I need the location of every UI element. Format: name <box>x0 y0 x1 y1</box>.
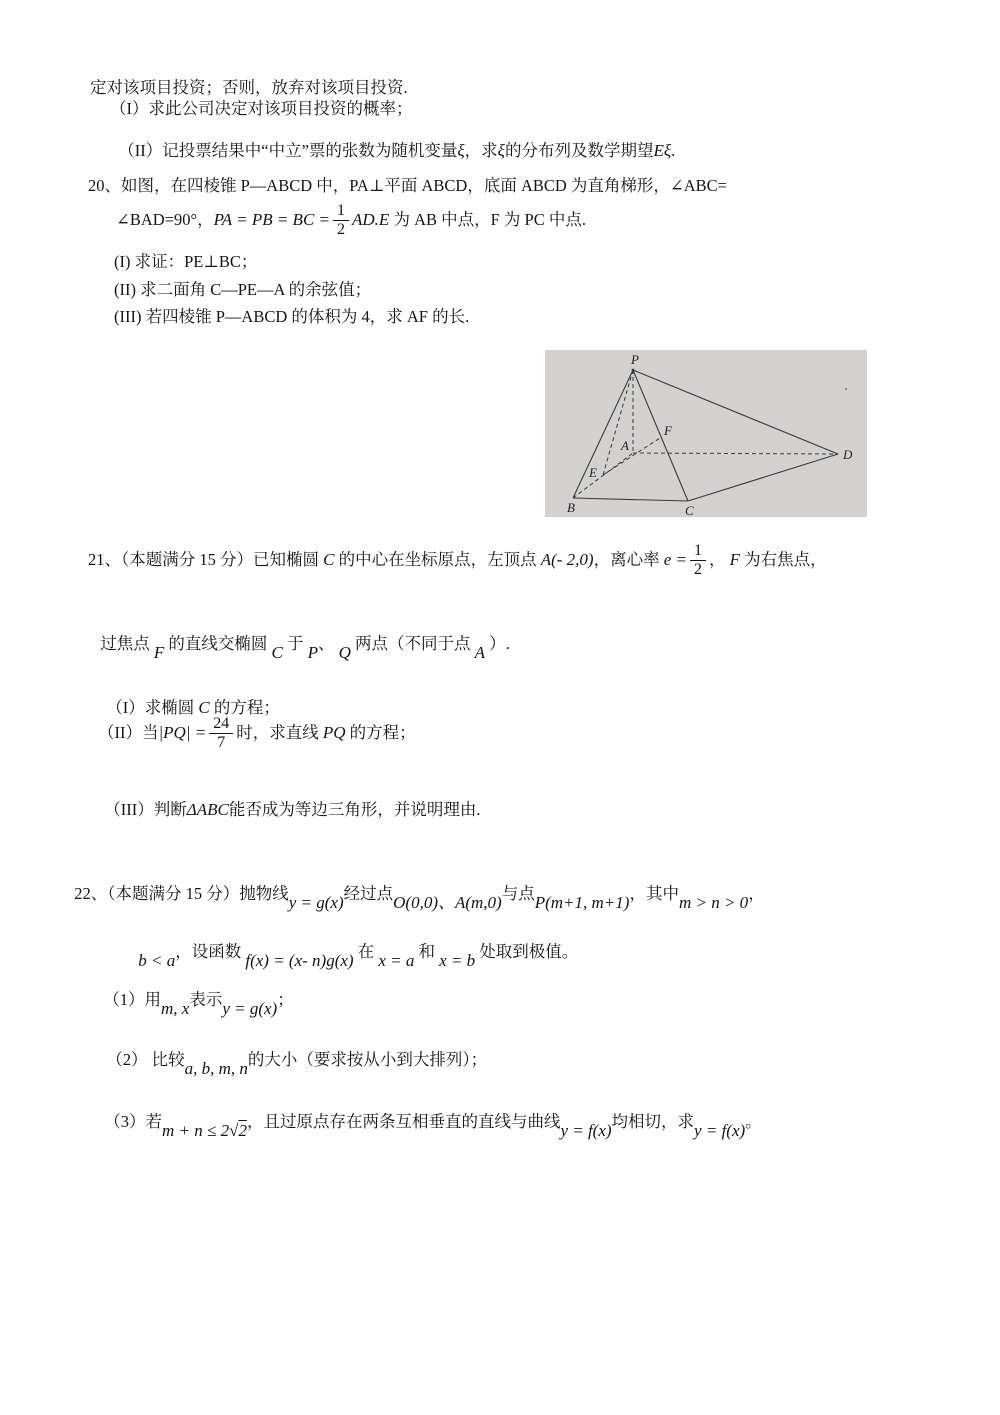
math-run: P(m+1, m+1) <box>535 893 630 912</box>
figure-label-c: C <box>685 503 694 517</box>
text-run: 、 <box>318 634 339 653</box>
text-run: 能否成为等边三角形，并说明理由. <box>229 800 481 819</box>
q21-part3: （III）判断ΔABC能否成为等边三角形，并说明理由. <box>96 778 480 820</box>
figure-label-p: P <box>630 352 639 367</box>
figure-label-b: B <box>567 500 575 515</box>
math-run: PA = PB = BC = <box>214 209 330 230</box>
q20-part1: (I) 求证：PE⊥BC； <box>114 252 257 273</box>
text-run: 均相切，求 <box>612 1112 695 1131</box>
math-run: a, b, m, n <box>185 1059 248 1078</box>
fraction: 1 2 <box>690 542 706 579</box>
math-run: y = f(x) <box>694 1121 745 1140</box>
q21-line2: 过焦点 F 的直线交椭圆 C 于 P、 Q 两点（不同于点 A ）. <box>92 612 510 654</box>
figure-label-f: F <box>663 423 673 438</box>
fraction-numerator: 1 <box>333 202 349 221</box>
text-run: （1）用 <box>103 990 161 1009</box>
text-run: 与点 <box>502 884 535 903</box>
q22-part2: （2） 比较a, b, m, n的大小（要求按从小到大排列）； <box>98 1028 487 1070</box>
figure-labels: P A B C D E F <box>567 352 853 517</box>
math-run: y = g(x) <box>289 893 344 912</box>
math-run: b < a <box>138 951 175 970</box>
stray-speck <box>845 388 847 390</box>
text-run: ， <box>748 884 765 903</box>
text-run: （2） 比较 <box>106 1050 184 1069</box>
q21-heading: 21、（本题满分 15 分）已知椭圆 C 的中心在坐标原点，左顶点 A(- 2,… <box>88 534 827 586</box>
math-run: x = b <box>439 951 475 970</box>
q20-heading: 20、如图，在四棱锥 P—ABCD 中，PA⊥平面 ABCD，底面 ABCD 为… <box>88 176 727 197</box>
text-run: 经过点 <box>344 884 394 903</box>
q22-heading: 22、（本题满分 15 分）抛物线y = g(x)经过点O(0,0)、A(m,0… <box>66 862 765 904</box>
math-run: m + n ≤ 2√2 <box>162 1121 247 1140</box>
text-run: ，且过原点存在两条互相垂直的直线与曲线 <box>247 1112 561 1131</box>
math-run: |PQ| = <box>159 722 207 743</box>
math-run: m > n > 0 <box>679 893 748 912</box>
fraction: 24 7 <box>209 715 233 752</box>
text-run: 在 <box>354 942 379 961</box>
math-run: m, x <box>161 999 189 1018</box>
text-run: ）. <box>485 634 510 653</box>
text-run: ； <box>277 990 294 1009</box>
q22-line2: b < a，设函数 f(x) = (x- n)g(x) 在 x = a 和 x … <box>130 920 578 962</box>
text-run: （III）判断 <box>104 800 186 819</box>
math-run: F <box>730 549 740 570</box>
math-run: F <box>154 643 164 662</box>
q22-part3: （3）若m + n ≤ 2√2，且过原点存在两条互相垂直的直线与曲线y = f(… <box>96 1090 762 1132</box>
math-run-inner: m + n ≤ 2 <box>162 1121 229 1140</box>
text-run: ∠BAD=90°， <box>116 210 214 231</box>
text-run: （3）若 <box>104 1112 162 1131</box>
text-run: 21、（本题满分 15 分）已知椭圆 <box>88 550 323 571</box>
text-run: 时，求直线 <box>236 723 323 744</box>
math-run: x = a <box>378 951 414 970</box>
math-run: C <box>272 643 283 662</box>
math-run: A(- 2,0) <box>541 549 594 570</box>
text-run: 过焦点 <box>100 634 154 653</box>
text-run: ，其中 <box>629 884 679 903</box>
math-run: f(x) = (x- n)g(x) <box>245 951 353 970</box>
solid-edges <box>573 370 838 501</box>
fraction-denominator: 7 <box>213 734 229 752</box>
math-run: y = g(x) <box>222 999 277 1018</box>
math-run: Q <box>339 643 351 662</box>
fraction-numerator: 1 <box>690 542 706 561</box>
q20-part3: (III) 若四棱锥 P—ABCD 的体积为 4，求 AF 的长. <box>114 307 469 328</box>
text-run: 为右焦点， <box>740 550 827 571</box>
q20-part2: (II) 求二面角 C—PE—A 的余弦值； <box>114 280 371 301</box>
figure-label-d: D <box>842 447 853 462</box>
pyramid-diagram: P A B C D E F <box>545 350 867 517</box>
text-run: 。 <box>745 1112 762 1131</box>
q21-part2: （II）当 |PQ| = 24 7 时，求直线 PQ 的方程； <box>98 708 416 758</box>
fraction-numerator: 24 <box>209 715 233 734</box>
radicand: 2 <box>238 1121 247 1140</box>
exam-page: { "figure": { "bg": "#d2d1d0", "labels":… <box>0 0 1000 1415</box>
fraction-denominator: 2 <box>690 561 706 579</box>
q19-line1: 定对该项目投资；否则，放弃对该项目投资. <box>90 78 408 99</box>
text-run: 表示 <box>189 990 222 1009</box>
text-run: 和 <box>414 942 439 961</box>
q22-part1: （1）用m, x表示y = g(x)； <box>95 968 294 1010</box>
text-run: 的方程； <box>346 723 416 744</box>
math-run-exi: Eξ <box>653 141 671 160</box>
text-run: ， <box>709 550 730 571</box>
math-run: PQ <box>323 722 346 743</box>
math-run: O(0,0)、A(m,0) <box>393 893 502 912</box>
figure-label-e: E <box>588 465 597 480</box>
figure-box: P A B C D E F <box>545 350 867 517</box>
math-run: A <box>475 643 485 662</box>
text-run: 处取到极值。 <box>475 942 578 961</box>
text-run: ，离心率 <box>594 550 664 571</box>
text-run: 的大小（要求按从小到大排列）； <box>248 1050 487 1069</box>
fraction-denominator: 2 <box>333 221 349 239</box>
text-run: 的中心在坐标原点，左顶点 <box>334 550 540 571</box>
q19-part1: （I）求此公司决定对该项目投资的概率； <box>110 99 413 120</box>
q19-part2: （II）记投票结果中“中立”票的张数为随机变量ξ，求ξ的分布列及数学期望Eξ. <box>110 119 675 161</box>
fraction: 1 2 <box>333 202 349 239</box>
text-run: （II）记投票结果中“中立”票的张数为随机变量 <box>118 141 457 160</box>
text-run: 于 <box>283 634 308 653</box>
text-run: 的直线交椭圆 <box>164 634 271 653</box>
apex-dot <box>632 369 635 372</box>
hidden-edges-dashed <box>573 370 838 498</box>
text-run: 22、（本题满分 15 分）抛物线 <box>74 884 289 903</box>
math-run: ΔABC <box>187 800 229 819</box>
q20-line2: ∠BAD=90°， PA = PB = BC = 1 2 AD.E 为 AB 中… <box>116 196 586 244</box>
math-run: y = f(x) <box>560 1121 611 1140</box>
text-run: 的分布列及数学期望 <box>505 141 654 160</box>
text-run: 为 AB 中点，F 为 PC 中点. <box>389 210 586 231</box>
math-run: AD.E <box>352 209 389 230</box>
math-run: P <box>308 643 318 662</box>
text-run: （II）当 <box>98 723 159 744</box>
text-run: ，设函数 <box>175 942 245 961</box>
math-run-xi: ξ <box>457 141 464 160</box>
text-run: ，求 <box>465 141 498 160</box>
math-run: C <box>323 549 334 570</box>
text-run: . <box>671 141 675 160</box>
math-run: e = <box>664 549 687 570</box>
figure-label-a: A <box>620 438 629 453</box>
math-run-xi: ξ <box>498 141 505 160</box>
text-run: 两点（不同于点 <box>351 634 475 653</box>
